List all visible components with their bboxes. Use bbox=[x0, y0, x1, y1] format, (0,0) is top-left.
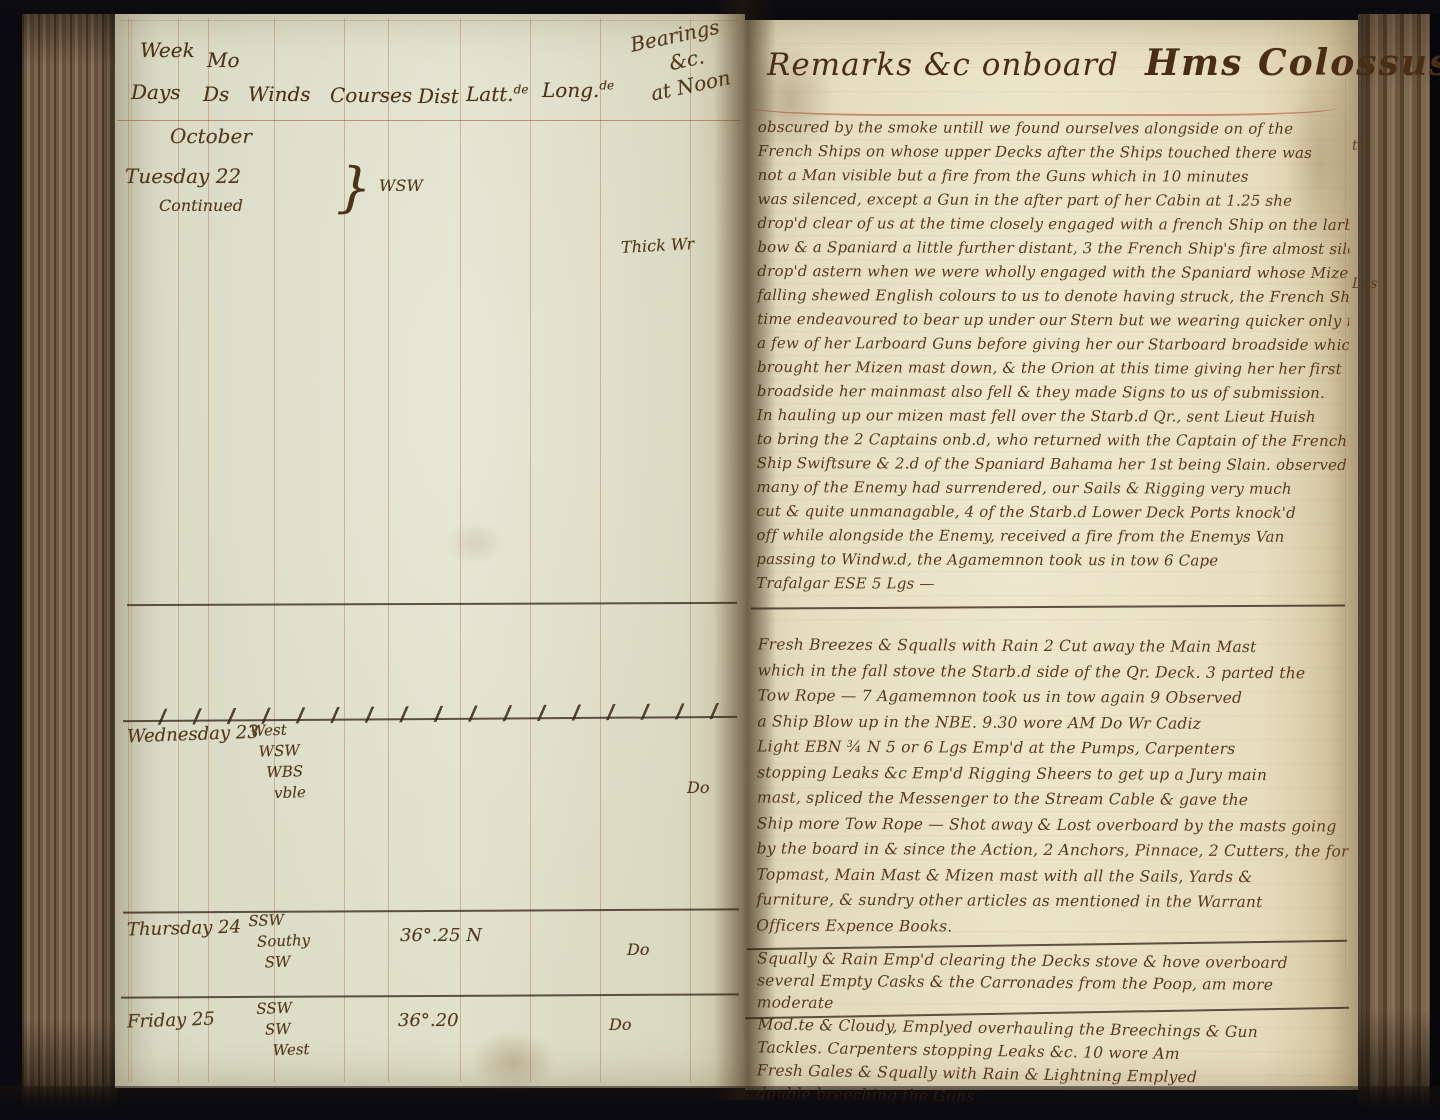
paper-stain bbox=[470, 1030, 556, 1094]
log-text-line: brought her Mizen mast down, & the Orion… bbox=[757, 355, 1349, 381]
brace-glyph: } bbox=[336, 155, 373, 219]
log-text-line: a few of her Larboard Guns before giving… bbox=[757, 331, 1349, 357]
col-header-winds: Winds bbox=[248, 82, 311, 106]
log-text-line: drop'd clear of us at the time closely e… bbox=[757, 211, 1349, 237]
winds-friday: SSW SW West bbox=[256, 997, 310, 1062]
log-text-line: Ship more Tow Rope — Shot away & Lost ov… bbox=[757, 811, 1349, 840]
log-text-line: broadside her mainmast also fell & they … bbox=[757, 379, 1349, 405]
remarks-title-text: Remarks &c onboard bbox=[767, 47, 1119, 83]
bearing-friday: Do bbox=[609, 1015, 631, 1034]
winds-wednesday: West WSW WBS vble bbox=[250, 719, 307, 805]
log-text-line: stopping Leaks &c Emp'd Rigging Sheers t… bbox=[757, 760, 1349, 789]
log-text-line: French Ships on whose upper Decks after … bbox=[758, 139, 1350, 165]
top-margin-rule bbox=[119, 20, 739, 21]
day-label-tuesday-22: Tuesday 22 bbox=[125, 164, 241, 188]
latitude-thursday: 36°.25 N bbox=[400, 925, 482, 946]
remarks-entry-wednesday-23: Fresh Breezes & Squalls with Rain 2 Cut … bbox=[756, 632, 1350, 941]
bearing-tuesday: Thick Wr bbox=[621, 234, 695, 257]
log-text-line: Light EBN ¾ N 5 or 6 Lgs Emp'd at the Pu… bbox=[757, 734, 1349, 763]
col-header-week: Week bbox=[140, 38, 195, 62]
right-margin-rule bbox=[1345, 80, 1346, 970]
log-text-line: Officers Expence Books. bbox=[756, 913, 1348, 942]
col-header-dist: Dist bbox=[418, 84, 459, 108]
log-text-line: passing to Windw.d, the Agamemnon took u… bbox=[756, 547, 1348, 573]
left-log-page: Week Days Mo Ds Winds Courses Dist Latt.… bbox=[115, 10, 745, 1088]
remarks-entry-tuesday-22: obscured by the smoke untill we found ou… bbox=[756, 115, 1350, 597]
col-header-mo: Mo bbox=[207, 48, 240, 72]
col-header-courses: Courses bbox=[330, 83, 412, 107]
section-rule bbox=[127, 602, 737, 606]
book-page-edges-left bbox=[22, 0, 117, 1108]
log-text-line: drop'd astern when we were wholly engage… bbox=[757, 259, 1349, 285]
col-header-latt: Latt.de bbox=[466, 82, 528, 106]
log-text-line: was silenced, except a Gun in the after … bbox=[758, 187, 1350, 213]
log-text-line: which in the fall stove the Starb.d side… bbox=[758, 658, 1350, 687]
paper-stain bbox=[445, 520, 505, 566]
col-header-long: Long.de bbox=[542, 78, 614, 102]
background-edge bbox=[1430, 0, 1440, 1120]
col-header-days: Days bbox=[131, 80, 181, 104]
log-text-line: falling shewed English colours to us to … bbox=[757, 283, 1349, 309]
log-text-line: furniture, & sundry other articles as me… bbox=[756, 887, 1348, 916]
section-rule bbox=[121, 993, 739, 998]
bearing-thursday: Do bbox=[627, 940, 649, 959]
log-text-line: Trafalgar ESE 5 Lgs — bbox=[756, 571, 1348, 597]
section-rule bbox=[123, 908, 739, 913]
col-header-ds: Ds bbox=[203, 82, 229, 106]
column-rule bbox=[530, 18, 531, 1082]
month-label: October bbox=[170, 124, 252, 148]
log-text-line: In hauling up our mizen mast fell over t… bbox=[757, 403, 1349, 429]
bearing-wednesday: Do bbox=[687, 778, 709, 797]
logbook-screenshot: { "left_page": { "header": { "week": "We… bbox=[0, 0, 1440, 1120]
winds-tuesday: WSW bbox=[379, 176, 423, 195]
column-rule bbox=[460, 18, 461, 1082]
latitude-friday: 36°.20 bbox=[398, 1010, 459, 1031]
day-label-friday-25: Friday 25 bbox=[127, 1008, 216, 1032]
log-text-line: by the board in & since the Action, 2 An… bbox=[757, 836, 1349, 865]
col-header-bearings: Bearings &c. at Noon bbox=[628, 13, 733, 108]
folded-text-fragment: Lgs bbox=[1352, 276, 1377, 292]
log-text-line: off while alongside the Enemy, received … bbox=[756, 523, 1348, 549]
day-label-thursday-24: Thursday 24 bbox=[127, 917, 242, 941]
log-text-line: mast, spliced the Messenger to the Strea… bbox=[757, 785, 1349, 814]
folded-text-fragment: th bbox=[1352, 138, 1367, 154]
log-text-line: Topmast, Main Mast & Mizen mast with all… bbox=[756, 862, 1348, 891]
entry-separator-rule bbox=[751, 604, 1345, 609]
log-text-line: not a Man visible but a fire from the Gu… bbox=[758, 163, 1350, 189]
background-edge bbox=[0, 0, 1440, 14]
tally-ticks bbox=[133, 703, 735, 725]
ship-name: Hms Colossus bbox=[1145, 42, 1440, 84]
log-text-line: Ship Swiftsure & 2.d of the Spaniard Bah… bbox=[757, 451, 1349, 477]
day-label-continued: Continued bbox=[159, 196, 243, 215]
title-underline-rule bbox=[753, 100, 1337, 116]
log-text-line: many of the Enemy had surrendered, our S… bbox=[756, 475, 1348, 501]
column-rule bbox=[600, 18, 601, 1082]
background-edge bbox=[0, 1086, 1440, 1120]
book-page-edges-right bbox=[1358, 0, 1432, 1120]
log-text-line: cut & quite unmanagable, 4 of the Starb.… bbox=[756, 499, 1348, 525]
remarks-page-title: Remarks &c onboard Hms Colossus bbox=[767, 42, 1342, 84]
log-text-line: bow & a Spaniard a little further distan… bbox=[757, 235, 1349, 261]
log-text-line: time endeavoured to bear up under our St… bbox=[757, 307, 1349, 333]
column-rule bbox=[690, 18, 691, 1082]
winds-thursday: SSW Southy SW bbox=[248, 909, 311, 974]
day-label-wednesday-23: Wednesday 23 bbox=[127, 722, 259, 748]
log-text-line: to bring the 2 Captains onb.d, who retur… bbox=[757, 427, 1349, 453]
right-remarks-page: Remarks &c onboard Hms Colossus obscured… bbox=[745, 20, 1358, 1090]
log-text-line: Tow Rope — 7 Agamemnon took us in tow ag… bbox=[757, 683, 1349, 712]
header-rule bbox=[117, 120, 741, 121]
log-text-line: obscured by the smoke untill we found ou… bbox=[758, 115, 1350, 141]
log-text-line: Fresh Breezes & Squalls with Rain 2 Cut … bbox=[758, 632, 1350, 661]
log-text-line: a Ship Blow up in the NBE. 9.30 wore AM … bbox=[757, 709, 1349, 738]
